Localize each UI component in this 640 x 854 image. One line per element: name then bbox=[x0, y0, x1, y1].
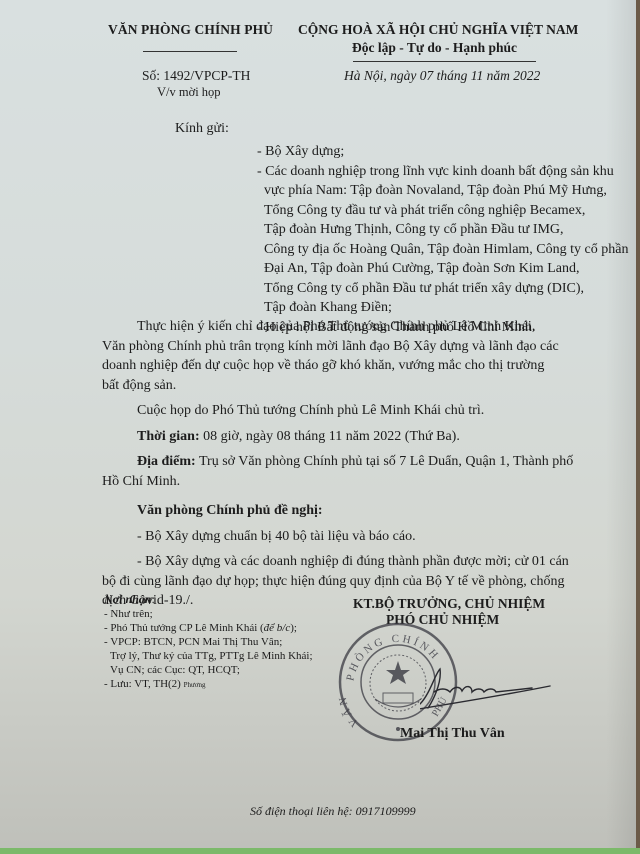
signatory-title: KT.BỘ TRƯỞNG, CHỦ NHIỆM bbox=[353, 596, 545, 612]
recipient-line: Tập đoàn Hưng Thịnh, Công ty cổ phần Đầu… bbox=[257, 220, 628, 240]
letter-body: Thực hiện ý kiến chỉ đạo của Phó Thủ tướ… bbox=[102, 317, 562, 611]
body-line: Văn phòng Chính phủ trân trọng kính mời … bbox=[102, 337, 562, 357]
place-value: Trụ sở Văn phòng Chính phủ tại số 7 Lê D… bbox=[196, 454, 574, 469]
contact-phone: Số điện thoại liên hệ: 0917109999 bbox=[250, 804, 416, 819]
request-item-cont: bộ đi cùng lãnh đạo dự họp; thực hiện đú… bbox=[102, 572, 562, 592]
recipient-line: Đại An, Tập đoàn Phú Cường, Tập đoàn Sơn… bbox=[257, 259, 628, 279]
distribution-line: - VPCP: BTCN, PCN Mai Thị Thu Vân; bbox=[104, 635, 313, 649]
place-label: Địa điểm: bbox=[137, 454, 196, 469]
distribution-line: Trợ lý, Thư ký của TTg, PTTg Lê Minh Khá… bbox=[104, 649, 313, 663]
recipients-label: Kính gửi: bbox=[175, 121, 229, 137]
recipients-list: - Bộ Xây dựng; - Các doanh nghiệp trong … bbox=[257, 142, 628, 337]
background-strip bbox=[0, 848, 640, 854]
body-line: Thực hiện ý kiến chỉ đạo của Phó Thủ tướ… bbox=[102, 317, 562, 337]
request-item: - Bộ Xây dựng và các doanh nghiệp đi đún… bbox=[102, 552, 562, 572]
recipient-line: - Các doanh nghiệp trong lĩnh vực kinh d… bbox=[257, 162, 628, 182]
recipient-line: - Bộ Xây dựng; bbox=[257, 142, 628, 162]
meeting-place: Địa điểm: Trụ sở Văn phòng Chính phủ tại… bbox=[102, 452, 562, 472]
document-subject: V/v mời họp bbox=[157, 85, 221, 100]
distribution-line: - Lưu: VT, TH(2) Phương bbox=[104, 677, 313, 692]
signer-name: Mai Thị Thu Vân bbox=[400, 726, 505, 742]
agency-underline bbox=[143, 51, 237, 52]
recipient-line: Tổng Công ty cổ phần Đầu tư phát triển x… bbox=[257, 279, 628, 299]
recipient-line: Công ty địa ốc Hoàng Quân, Tập đoàn Himl… bbox=[257, 240, 628, 260]
distribution-list: Nơi nhận: - Như trên; - Phó Thủ tướng CP… bbox=[104, 592, 313, 692]
distribution-line: - Phó Thủ tướng CP Lê Minh Khái (để b/c)… bbox=[104, 621, 313, 635]
svg-text:VĂN: VĂN bbox=[336, 693, 361, 729]
recipient-line: Tập đoàn Khang Điền; bbox=[257, 298, 628, 318]
request-item: - Bộ Xây dựng chuẩn bị 40 bộ tài liệu và… bbox=[102, 527, 562, 547]
issuing-agency: VĂN PHÒNG CHÍNH PHỦ bbox=[108, 22, 273, 38]
time-label: Thời gian: bbox=[137, 429, 200, 444]
page-edge bbox=[636, 0, 640, 848]
meeting-place-cont: Hồ Chí Minh. bbox=[102, 472, 562, 492]
recipient-line: vực phía Nam: Tập đoàn Novaland, Tập đoà… bbox=[257, 181, 628, 201]
handwritten-signature-icon bbox=[420, 664, 560, 714]
time-value: 08 giờ, ngày 08 tháng 11 năm 2022 (Thứ B… bbox=[200, 429, 460, 444]
body-line: doanh nghiệp đến dự cuộc họp về tháo gỡ … bbox=[102, 356, 562, 376]
body-line: bất động sản. bbox=[102, 376, 562, 396]
request-heading: Văn phòng Chính phủ đề nghị: bbox=[102, 501, 562, 521]
national-motto: Độc lập - Tự do - Hạnh phúc bbox=[352, 40, 517, 56]
distribution-title: Nơi nhận: bbox=[104, 592, 313, 606]
distribution-line: - Như trên; bbox=[104, 607, 313, 621]
dateline: Hà Nội, ngày 07 tháng 11 năm 2022 bbox=[344, 68, 540, 84]
meeting-chair: Cuộc họp do Phó Thủ tướng Chính phủ Lê M… bbox=[102, 401, 562, 421]
recipient-line: Tổng Công ty đầu tư và phát triển công n… bbox=[257, 201, 628, 221]
meeting-time: Thời gian: 08 giờ, ngày 08 tháng 11 năm … bbox=[102, 427, 562, 447]
distribution-line: Vụ CN; các Cục: QT, HCQT; bbox=[104, 663, 313, 677]
document-page: VĂN PHÒNG CHÍNH PHỦ Số: 1492/VPCP-TH V/v… bbox=[0, 0, 636, 848]
motto-underline bbox=[353, 61, 536, 62]
national-title: CỘNG HOÀ XÃ HỘI CHỦ NGHĨA VIỆT NAM bbox=[298, 22, 578, 38]
document-number: Số: 1492/VPCP-TH bbox=[142, 68, 250, 84]
